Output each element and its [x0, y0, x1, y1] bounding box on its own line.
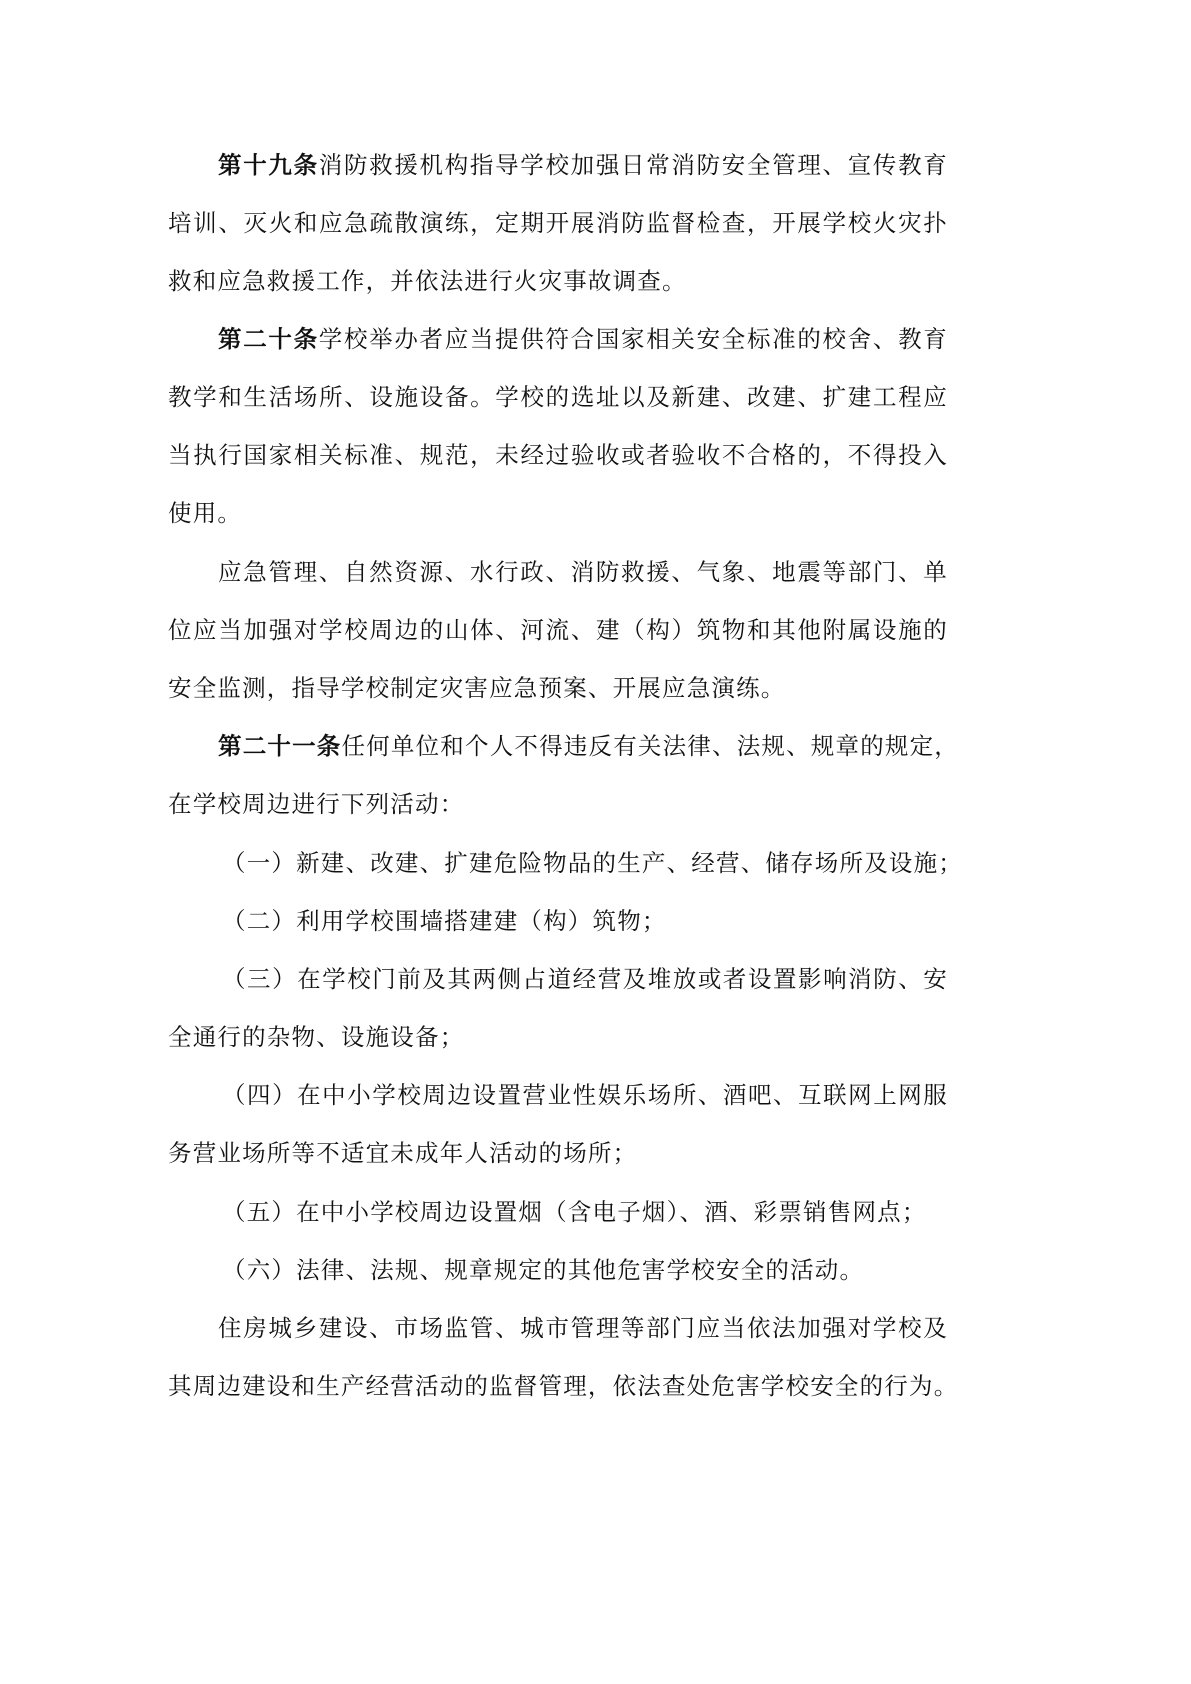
article-20-para-2-line-1: 应急管理、自然资源、水行政、消防救援、气象、地震等部门、单	[218, 552, 948, 592]
article-21-para-2-line-1: 住房城乡建设、市场监管、城市管理等部门应当依法加强对学校及	[218, 1308, 948, 1348]
article-19-line-1: 第十九条消防救援机构指导学校加强日常消防安全管理、宣传教育	[218, 145, 948, 185]
article-number: 第二十一条	[218, 732, 342, 760]
list-item-5: （五）在中小学校周边设置烟（含电子烟）、酒、彩票销售网点；	[222, 1192, 948, 1232]
article-19-line-2: 培训、灭火和应急疏散演练，定期开展消防监督检查，开展学校火灾扑	[168, 203, 948, 243]
article-21-line-2: 在学校周边进行下列活动：	[168, 784, 948, 824]
article-21-para-2-line-2: 其周边建设和生产经营活动的监督管理，依法查处危害学校安全的行为。	[168, 1366, 948, 1406]
article-number: 第十九条	[218, 151, 319, 179]
article-19-line-3: 救和应急救援工作，并依法进行火灾事故调查。	[168, 261, 948, 301]
article-20-line-3: 当执行国家相关标准、规范，未经过验收或者验收不合格的，不得投入	[168, 435, 948, 475]
article-number: 第二十条	[218, 325, 319, 353]
article-20-para-2-line-3: 安全监测，指导学校制定灾害应急预案、开展应急演练。	[168, 668, 948, 708]
list-item-3-line-1: （三）在学校门前及其两侧占道经营及堆放或者设置影响消防、安	[222, 959, 948, 999]
article-20-line-2: 教学和生活场所、设施设备。学校的选址以及新建、改建、扩建工程应	[168, 377, 948, 417]
document-page: 第十九条消防救援机构指导学校加强日常消防安全管理、宣传教育 培训、灭火和应急疏散…	[0, 0, 1191, 1684]
list-item-2: （二）利用学校围墙搭建建（构）筑物；	[222, 901, 948, 941]
list-item-6: （六）法律、法规、规章规定的其他危害学校安全的活动。	[222, 1250, 948, 1290]
list-item-1: （一）新建、改建、扩建危险物品的生产、经营、储存场所及设施；	[222, 843, 948, 883]
article-21-line-1: 第二十一条任何单位和个人不得违反有关法律、法规、规章的规定，	[218, 726, 948, 766]
article-20-line-1: 第二十条学校举办者应当提供符合国家相关安全标准的校舍、教育	[218, 319, 948, 359]
article-20-line-4: 使用。	[168, 493, 948, 533]
list-item-4-line-2: 务营业场所等不适宜未成年人活动的场所；	[168, 1133, 948, 1173]
list-item-4-line-1: （四）在中小学校周边设置营业性娱乐场所、酒吧、互联网上网服	[222, 1075, 948, 1115]
article-20-para-2-line-2: 位应当加强对学校周边的山体、河流、建（构）筑物和其他附属设施的	[168, 610, 948, 650]
list-item-3-line-2: 全通行的杂物、设施设备；	[168, 1017, 948, 1057]
